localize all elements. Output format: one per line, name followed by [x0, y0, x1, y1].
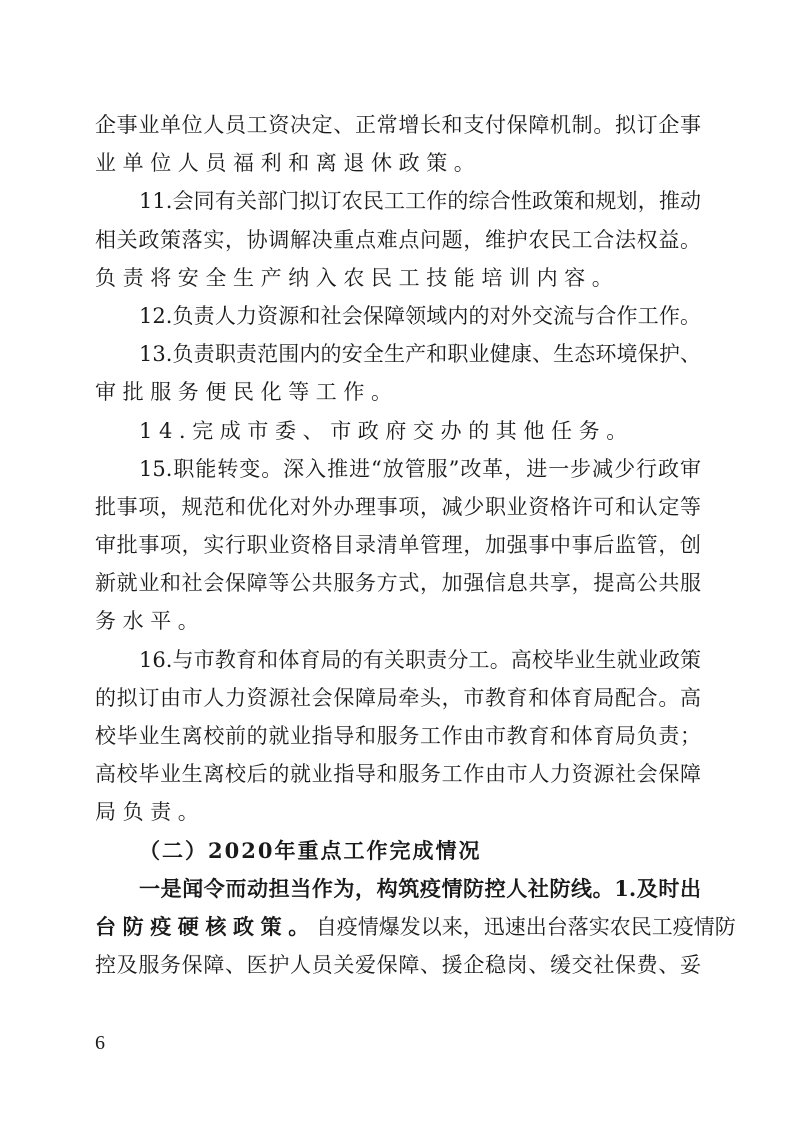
text-line: 相关政策落实，协调解决重点难点问题，维护农民工合法权益。 [95, 225, 701, 263]
text-line: 的拟订由市人力资源社会保障局牵头，市教育和体育局配合。高 [95, 683, 701, 721]
page-number: 6 [95, 1032, 105, 1055]
text-line: 15.职能转变。深入推进“放管服”改革，进一步减少行政审 [139, 454, 701, 492]
text-line: 企事业单位人员工资决定、正常增长和支付保障机制。拟订企事 [95, 110, 701, 148]
bold-paragraph-lead: 台防疫硬核政策。 [95, 912, 316, 950]
text-line: 13.负责职责范围内的安全生产和职业健康、生态环境保护、 [139, 339, 701, 377]
text-line: 审批服务便民化等工作。 [95, 377, 701, 415]
text-line: 校毕业生离校前的就业指导和服务工作由市教育和体育局负责； [95, 721, 701, 759]
section-heading-text: （二）2020年重点工作完成情况 [139, 836, 701, 874]
text-line: 16.与市教育和体育局的有关职责分工。高校毕业生就业政策 [139, 645, 701, 683]
section-heading: （二）2020年重点工作完成情况 [95, 836, 701, 874]
text-line: 高校毕业生离校后的就业指导和服务工作由市人力资源社会保障 [95, 759, 701, 797]
document-body: 企事业单位人员工资决定、正常增长和支付保障机制。拟订企事 业单位人员福利和离退休… [95, 110, 701, 988]
text-line: 控及服务保障、医护人员关爱保障、援企稳岗、缓交社保费、妥 [95, 950, 701, 988]
text-line: 12.负责人力资源和社会保障领域内的对外交流与合作工作。 [139, 301, 701, 339]
text-line: 负责将安全生产纳入农民工技能培训内容。 [95, 263, 701, 301]
text-line: 局负责。 [95, 797, 701, 835]
text-line: 11.会同有关部门拟订农民工工作的综合性政策和规划，推动 [139, 186, 701, 224]
bold-paragraph-line: 一是闻令而动担当作为，构筑疫情防控人社防线。1.及时出 [139, 874, 701, 912]
text-line: 审批事项，实行职业资格目录清单管理，加强事中事后监管，创 [95, 530, 701, 568]
text-line: 14.完成市委、市政府交办的其他任务。 [139, 416, 701, 454]
text-line: 新就业和社会保障等公共服务方式，加强信息共享，提高公共服 [95, 568, 701, 606]
text-line: 务水平。 [95, 606, 701, 644]
text-line: 自疫情爆发以来，迅速出台落实农民工疫情防 [316, 912, 736, 950]
text-line: 业单位人员福利和离退休政策。 [95, 148, 701, 186]
text-line: 批事项，规范和优化对外办理事项，减少职业资格许可和认定等 [95, 492, 701, 530]
